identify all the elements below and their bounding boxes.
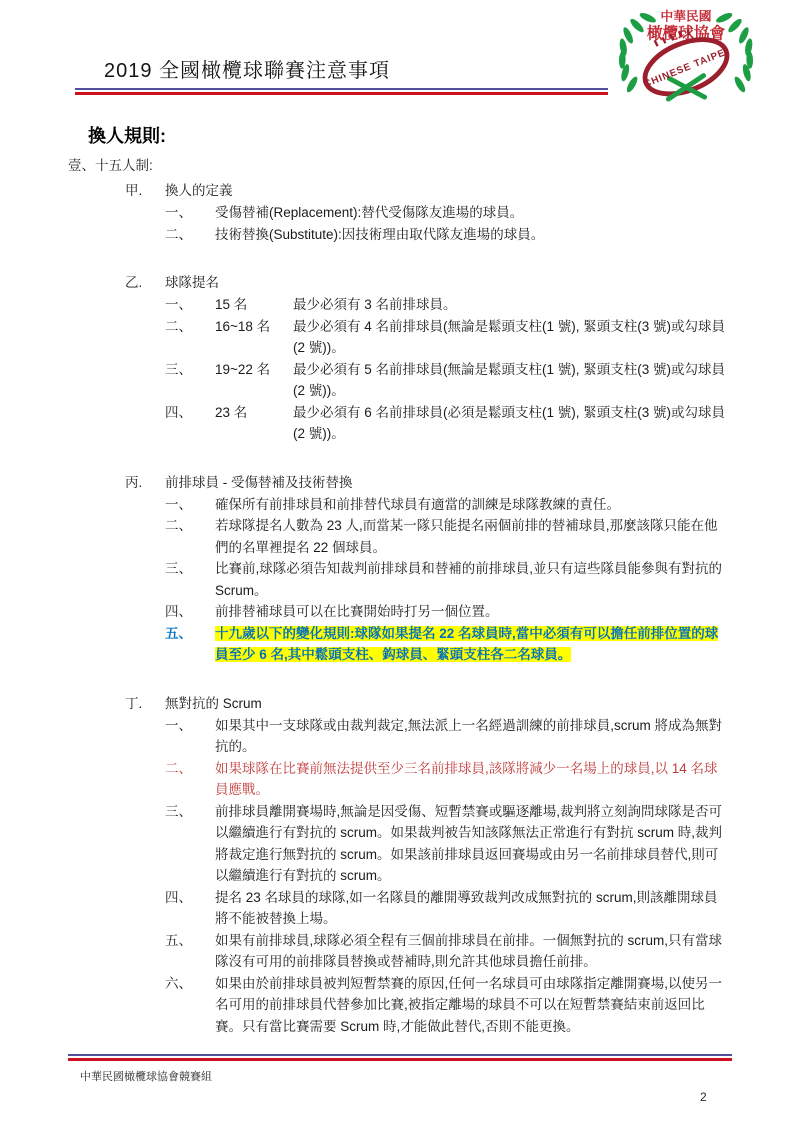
item-number: 二、: [165, 515, 215, 558]
section-head: 丙. 前排球員 - 受傷替補及技術替換: [125, 472, 800, 494]
list-item: 三、 前排球員離開賽場時,無論是因受傷、短暫禁賽或驅逐離場,裁判將立刻詢問球隊是…: [165, 801, 728, 887]
list-item: 五、 十九歲以下的變化規則:球隊如果提名 22 名球員時,當中必須有可以擔任前排…: [165, 623, 728, 666]
item-text: 比賽前,球隊必須告知裁判前排球員和替補的前排球員,並只有這些隊員能參與有對抗的 …: [215, 561, 722, 598]
list-item: 二、 技術替換(Substitute):因技術理由取代隊友進場的球員。: [165, 224, 728, 246]
item-text: 如果其中一支球隊或由裁判裁定,無法派上一名經過訓練的前排球員,scrum 將成為…: [215, 718, 722, 755]
item-text-wrap: 如果由於前排球員被判短暫禁賽的原因,任何一名球員可由球隊指定離開賽場,以使另一名…: [215, 973, 728, 1038]
rule-section: 丁. 無對抗的 Scrum 一、 如果其中一支球隊或由裁判裁定,無法派上一名經過…: [0, 693, 800, 1038]
item-text: 十九歲以下的變化規則:球隊如果提名 22 名球員時,當中必須有可以擔任前排位置的…: [215, 626, 718, 663]
item-text-wrap: 比賽前,球隊必須告知裁判前排球員和替補的前排球員,並只有這些隊員能參與有對抗的 …: [215, 558, 728, 601]
item-text-wrap: 如果有前排球員,球隊必須全程有三個前排球員在前排。一個無對抗的 scrum,只有…: [215, 930, 728, 973]
document-page: 2019 全國橄欖球聯賽注意事項 中華民國: [0, 0, 800, 1131]
section-title: 前排球員 - 受傷替補及技術替換: [165, 472, 800, 494]
section-items: 一、 如果其中一支球隊或由裁判裁定,無法派上一名經過訓練的前排球員,scrum …: [0, 715, 800, 1038]
list-item: 六、 如果由於前排球員被判短暫禁賽的原因,任何一名球員可由球隊指定離開賽場,以使…: [165, 973, 728, 1038]
item-text: 最少必須有 4 名前排球員(無論是鬆頭支柱(1 號), 緊頭支柱(3 號)或勾球…: [293, 319, 725, 356]
item-text: 確保所有前排球員和前排替代球員有適當的訓練是球隊教練的責任。: [215, 497, 620, 512]
chapter-heading: 壹、十五人制:: [68, 155, 800, 176]
item-col1: 23 名: [215, 402, 293, 445]
item-number: 五、: [165, 930, 215, 973]
list-item: 一、 確保所有前排球員和前排替代球員有適當的訓練是球隊教練的責任。: [165, 494, 728, 516]
list-item: 三、 比賽前,球隊必須告知裁判前排球員和替補的前排球員,並只有這些隊員能參與有對…: [165, 558, 728, 601]
item-number: 四、: [165, 601, 215, 623]
item-number: 三、: [165, 558, 215, 601]
item-text-wrap: 確保所有前排球員和前排替代球員有適當的訓練是球隊教練的責任。: [215, 494, 728, 516]
item-number: 五、: [165, 623, 215, 666]
divider-red-line: [68, 1058, 732, 1061]
item-col1: 16~18 名: [215, 316, 293, 359]
item-text: 提名 23 名球員的球隊,如一名隊員的離開導致裁判改成無對抗的 scrum,則該…: [215, 890, 718, 927]
divider-red-line: [75, 92, 608, 95]
item-text: 最少必須有 6 名前排球員(必須是鬆頭支柱(1 號), 緊頭支柱(3 號)或勾球…: [293, 405, 725, 442]
list-item: 一、 如果其中一支球隊或由裁判裁定,無法派上一名經過訓練的前排球員,scrum …: [165, 715, 728, 758]
section-label: 乙.: [125, 272, 165, 294]
item-number: 二、: [165, 758, 215, 801]
item-text-wrap: 最少必須有 5 名前排球員(無論是鬆頭支柱(1 號), 緊頭支柱(3 號)或勾球…: [293, 359, 728, 402]
item-text-wrap: 提名 23 名球員的球隊,如一名隊員的離開導致裁判改成無對抗的 scrum,則該…: [215, 887, 728, 930]
list-item: 一、 受傷替補(Replacement):替代受傷隊友進場的球員。: [165, 202, 728, 224]
section-label: 甲.: [125, 180, 165, 202]
item-number: 三、: [165, 359, 215, 402]
item-text: 最少必須有 3 名前排球員。: [293, 297, 457, 312]
rule-section: 丙. 前排球員 - 受傷替補及技術替換 一、 確保所有前排球員和前排替代球員有適…: [0, 472, 800, 666]
rule-section: 甲. 換人的定義 一、 受傷替補(Replacement):替代受傷隊友進場的球…: [0, 180, 800, 245]
item-text-wrap: 最少必須有 4 名前排球員(無論是鬆頭支柱(1 號), 緊頭支柱(3 號)或勾球…: [293, 316, 728, 359]
item-text-wrap: 如果球隊在比賽前無法提供至少三名前排球員,該隊將減少一名場上的球員,以 14 名…: [215, 758, 728, 801]
list-item: 二、 若球隊提名人數為 23 人,而當某一隊只能提名兩個前排的替補球員,那麼該隊…: [165, 515, 728, 558]
item-number: 二、: [165, 224, 215, 246]
sections: 甲. 換人的定義 一、 受傷替補(Replacement):替代受傷隊友進場的球…: [0, 180, 800, 1037]
item-col1: 19~22 名: [215, 359, 293, 402]
section-head: 丁. 無對抗的 Scrum: [125, 693, 800, 715]
item-text-wrap: 技術替換(Substitute):因技術理由取代隊友進場的球員。: [215, 224, 728, 246]
divider-blue-line: [68, 1054, 732, 1056]
item-number: 四、: [165, 887, 215, 930]
item-text: 技術替換(Substitute):因技術理由取代隊友進場的球員。: [215, 227, 544, 242]
item-number: 四、: [165, 402, 215, 445]
item-text: 前排替補球員可以在比賽開始時打另一個位置。: [215, 604, 499, 619]
item-number: 一、: [165, 715, 215, 758]
content: 換人規則: 壹、十五人制: 甲. 換人的定義 一、 受傷替補(Replaceme…: [0, 120, 800, 1037]
section-title: 球隊提名: [165, 272, 800, 294]
item-number: 六、: [165, 973, 215, 1038]
list-item: 四、 前排替補球員可以在比賽開始時打另一個位置。: [165, 601, 728, 623]
item-number: 二、: [165, 316, 215, 359]
list-item: 二、 16~18 名 最少必須有 4 名前排球員(無論是鬆頭支柱(1 號), 緊…: [165, 316, 728, 359]
item-text-wrap: 前排替補球員可以在比賽開始時打另一個位置。: [215, 601, 728, 623]
association-logo-icon: 中華民國 橄欖球協會 CHINESE TAIPEI: [612, 6, 760, 104]
divider-blue-line: [75, 88, 608, 90]
item-number: 一、: [165, 494, 215, 516]
page-number: 2: [700, 1090, 707, 1104]
section-label: 丙.: [125, 472, 165, 494]
list-item: 四、 提名 23 名球員的球隊,如一名隊員的離開導致裁判改成無對抗的 scrum…: [165, 887, 728, 930]
item-number: 一、: [165, 294, 215, 316]
item-text: 如果由於前排球員被判短暫禁賽的原因,任何一名球員可由球隊指定離開賽場,以使另一名…: [215, 976, 722, 1034]
section-label: 丁.: [125, 693, 165, 715]
item-number: 一、: [165, 202, 215, 224]
list-item: 三、 19~22 名 最少必須有 5 名前排球員(無論是鬆頭支柱(1 號), 緊…: [165, 359, 728, 402]
section-title: 無對抗的 Scrum: [165, 693, 800, 715]
item-text-wrap: 最少必須有 3 名前排球員。: [293, 294, 728, 316]
item-text: 受傷替補(Replacement):替代受傷隊友進場的球員。: [215, 205, 523, 220]
item-number: 三、: [165, 801, 215, 887]
item-text: 如果有前排球員,球隊必須全程有三個前排球員在前排。一個無對抗的 scrum,只有…: [215, 933, 722, 970]
list-item: 二、 如果球隊在比賽前無法提供至少三名前排球員,該隊將減少一名場上的球員,以 1…: [165, 758, 728, 801]
rule-section: 乙. 球隊提名 一、 15 名 最少必須有 3 名前排球員。 二、 16~18 …: [0, 272, 800, 445]
item-text: 若球隊提名人數為 23 人,而當某一隊只能提名兩個前排的替補球員,那麼該隊只能在…: [215, 518, 718, 555]
list-item: 五、 如果有前排球員,球隊必須全程有三個前排球員在前排。一個無對抗的 scrum…: [165, 930, 728, 973]
item-text: 如果球隊在比賽前無法提供至少三名前排球員,該隊將減少一名場上的球員,以 14 名…: [215, 761, 718, 798]
main-heading: 換人規則:: [88, 122, 800, 148]
list-item: 四、 23 名 最少必須有 6 名前排球員(必須是鬆頭支柱(1 號), 緊頭支柱…: [165, 402, 728, 445]
section-items: 一、 確保所有前排球員和前排替代球員有適當的訓練是球隊教練的責任。 二、 若球隊…: [0, 494, 800, 666]
item-text-wrap: 受傷替補(Replacement):替代受傷隊友進場的球員。: [215, 202, 728, 224]
item-text-wrap: 最少必須有 6 名前排球員(必須是鬆頭支柱(1 號), 緊頭支柱(3 號)或勾球…: [293, 402, 728, 445]
item-text: 最少必須有 5 名前排球員(無論是鬆頭支柱(1 號), 緊頭支柱(3 號)或勾球…: [293, 362, 725, 399]
footer-org: 中華民國橄欖球協會競賽組: [80, 1068, 212, 1084]
item-text-wrap: 十九歲以下的變化規則:球隊如果提名 22 名球員時,當中必須有可以擔任前排位置的…: [215, 623, 728, 666]
item-col1: 15 名: [215, 294, 293, 316]
list-item: 一、 15 名 最少必須有 3 名前排球員。: [165, 294, 728, 316]
logo-text-line1: 中華民國: [661, 9, 712, 24]
header-divider: [75, 88, 608, 95]
section-head: 甲. 換人的定義: [125, 180, 800, 202]
section-head: 乙. 球隊提名: [125, 272, 800, 294]
item-text: 前排球員離開賽場時,無論是因受傷、短暫禁賽或驅逐離場,裁判將立刻詢問球隊是否可以…: [215, 804, 722, 884]
page-title: 2019 全國橄欖球聯賽注意事項: [104, 54, 390, 83]
footer-divider: [68, 1054, 732, 1061]
item-text-wrap: 若球隊提名人數為 23 人,而當某一隊只能提名兩個前排的替補球員,那麼該隊只能在…: [215, 515, 728, 558]
section-title: 換人的定義: [165, 180, 800, 202]
item-text-wrap: 如果其中一支球隊或由裁判裁定,無法派上一名經過訓練的前排球員,scrum 將成為…: [215, 715, 728, 758]
section-items: 一、 15 名 最少必須有 3 名前排球員。 二、 16~18 名 最少必須有 …: [0, 294, 800, 445]
section-items: 一、 受傷替補(Replacement):替代受傷隊友進場的球員。 二、 技術替…: [0, 202, 800, 245]
item-text-wrap: 前排球員離開賽場時,無論是因受傷、短暫禁賽或驅逐離場,裁判將立刻詢問球隊是否可以…: [215, 801, 728, 887]
